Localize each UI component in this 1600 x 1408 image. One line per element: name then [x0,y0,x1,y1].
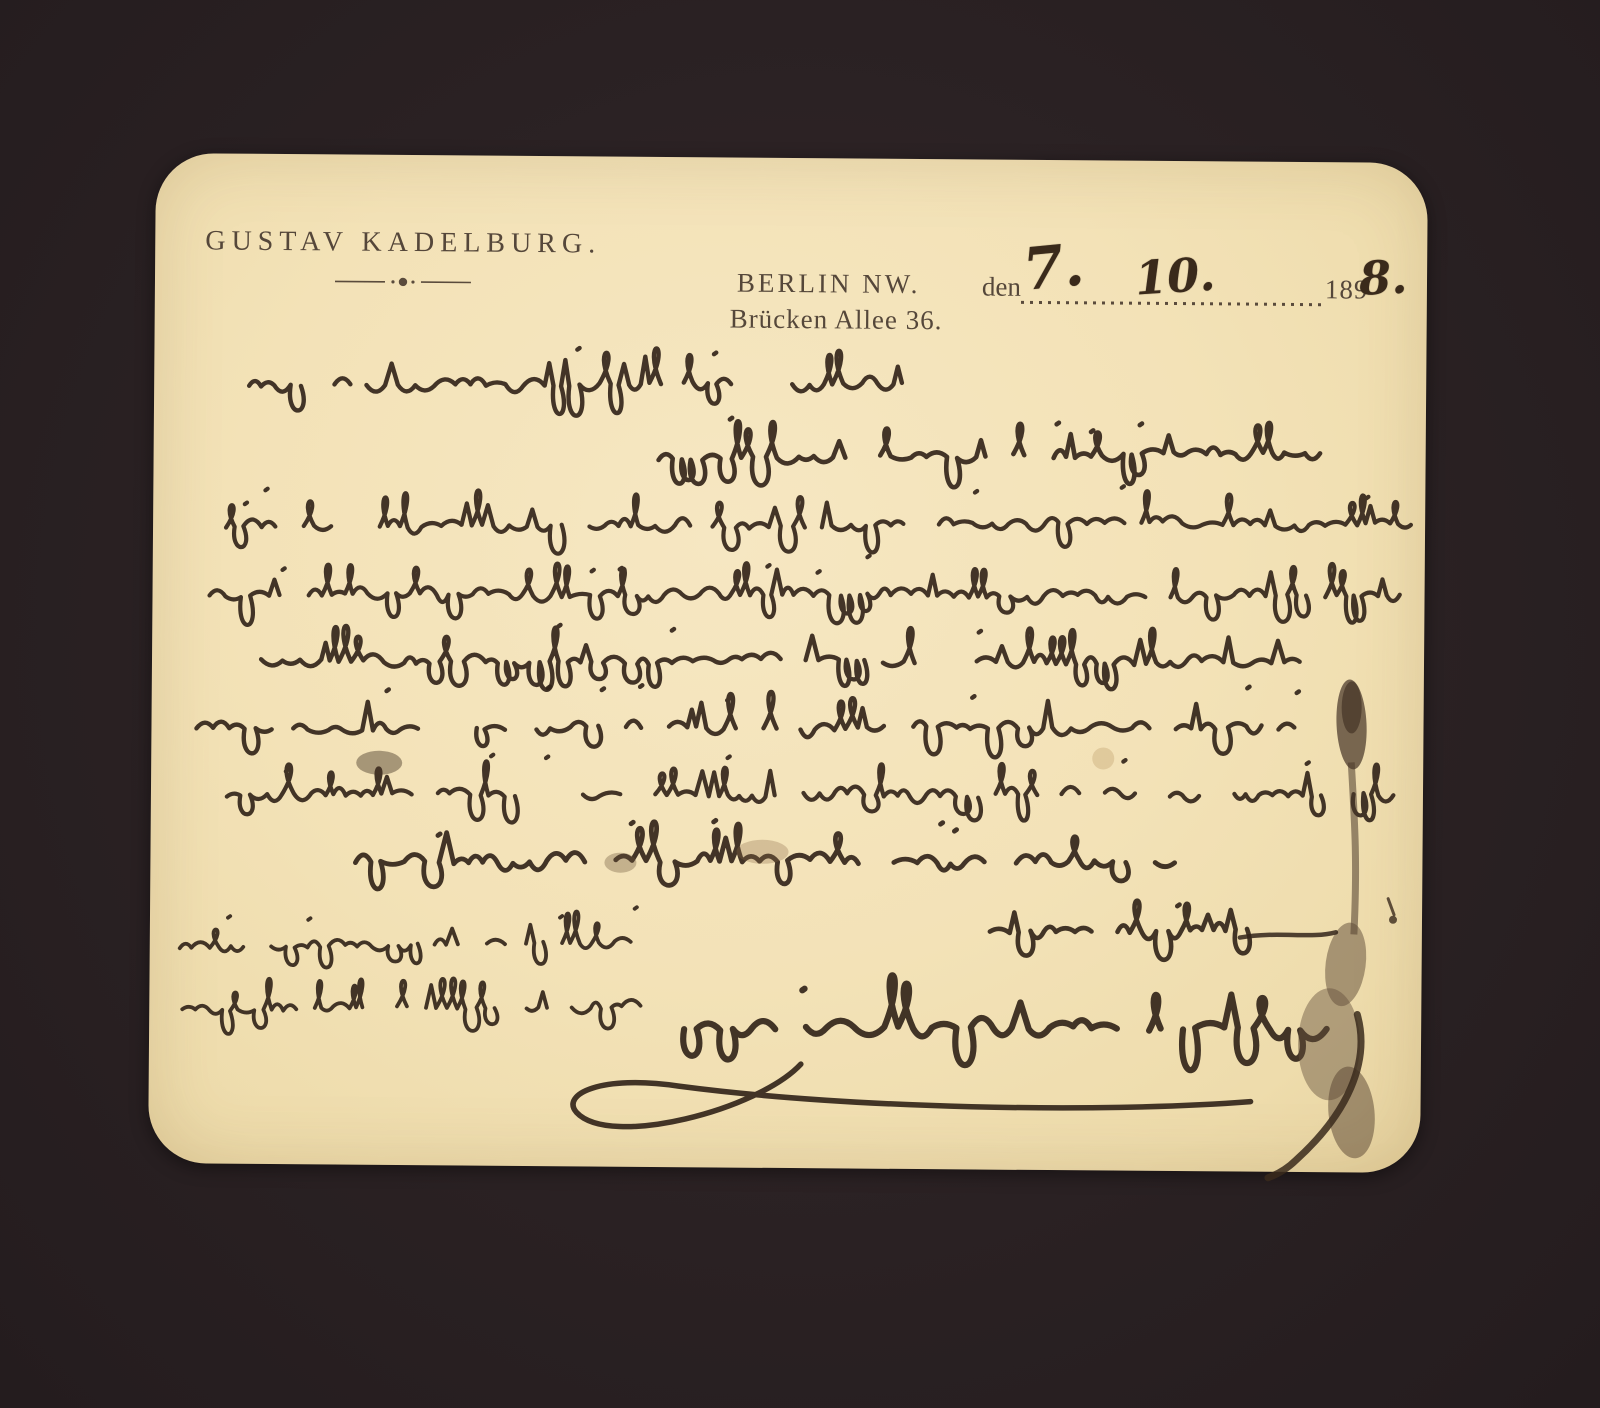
handwriting-line [226,479,1411,560]
signature-flourish [573,1062,1251,1131]
handwriting-line [196,678,1299,761]
handwriting-line [658,417,1320,490]
handwriting-line [683,974,1327,1072]
handwriting-line [249,345,902,418]
photo-background: GUSTAV KADELBURG. BERLIN NW. den 189 Brü… [0,0,1600,1408]
handwritten-message [148,153,1428,1173]
correspondence-card: GUSTAV KADELBURG. BERLIN NW. den 189 Brü… [148,153,1428,1173]
handwriting-line [180,904,637,970]
ink-blot [1238,678,1399,1179]
handwriting-line [209,550,1400,634]
handwriting-line [182,976,641,1037]
handwriting-line [261,622,1300,696]
handwriting-line [990,900,1250,961]
handwriting-strokes [179,345,1412,1072]
